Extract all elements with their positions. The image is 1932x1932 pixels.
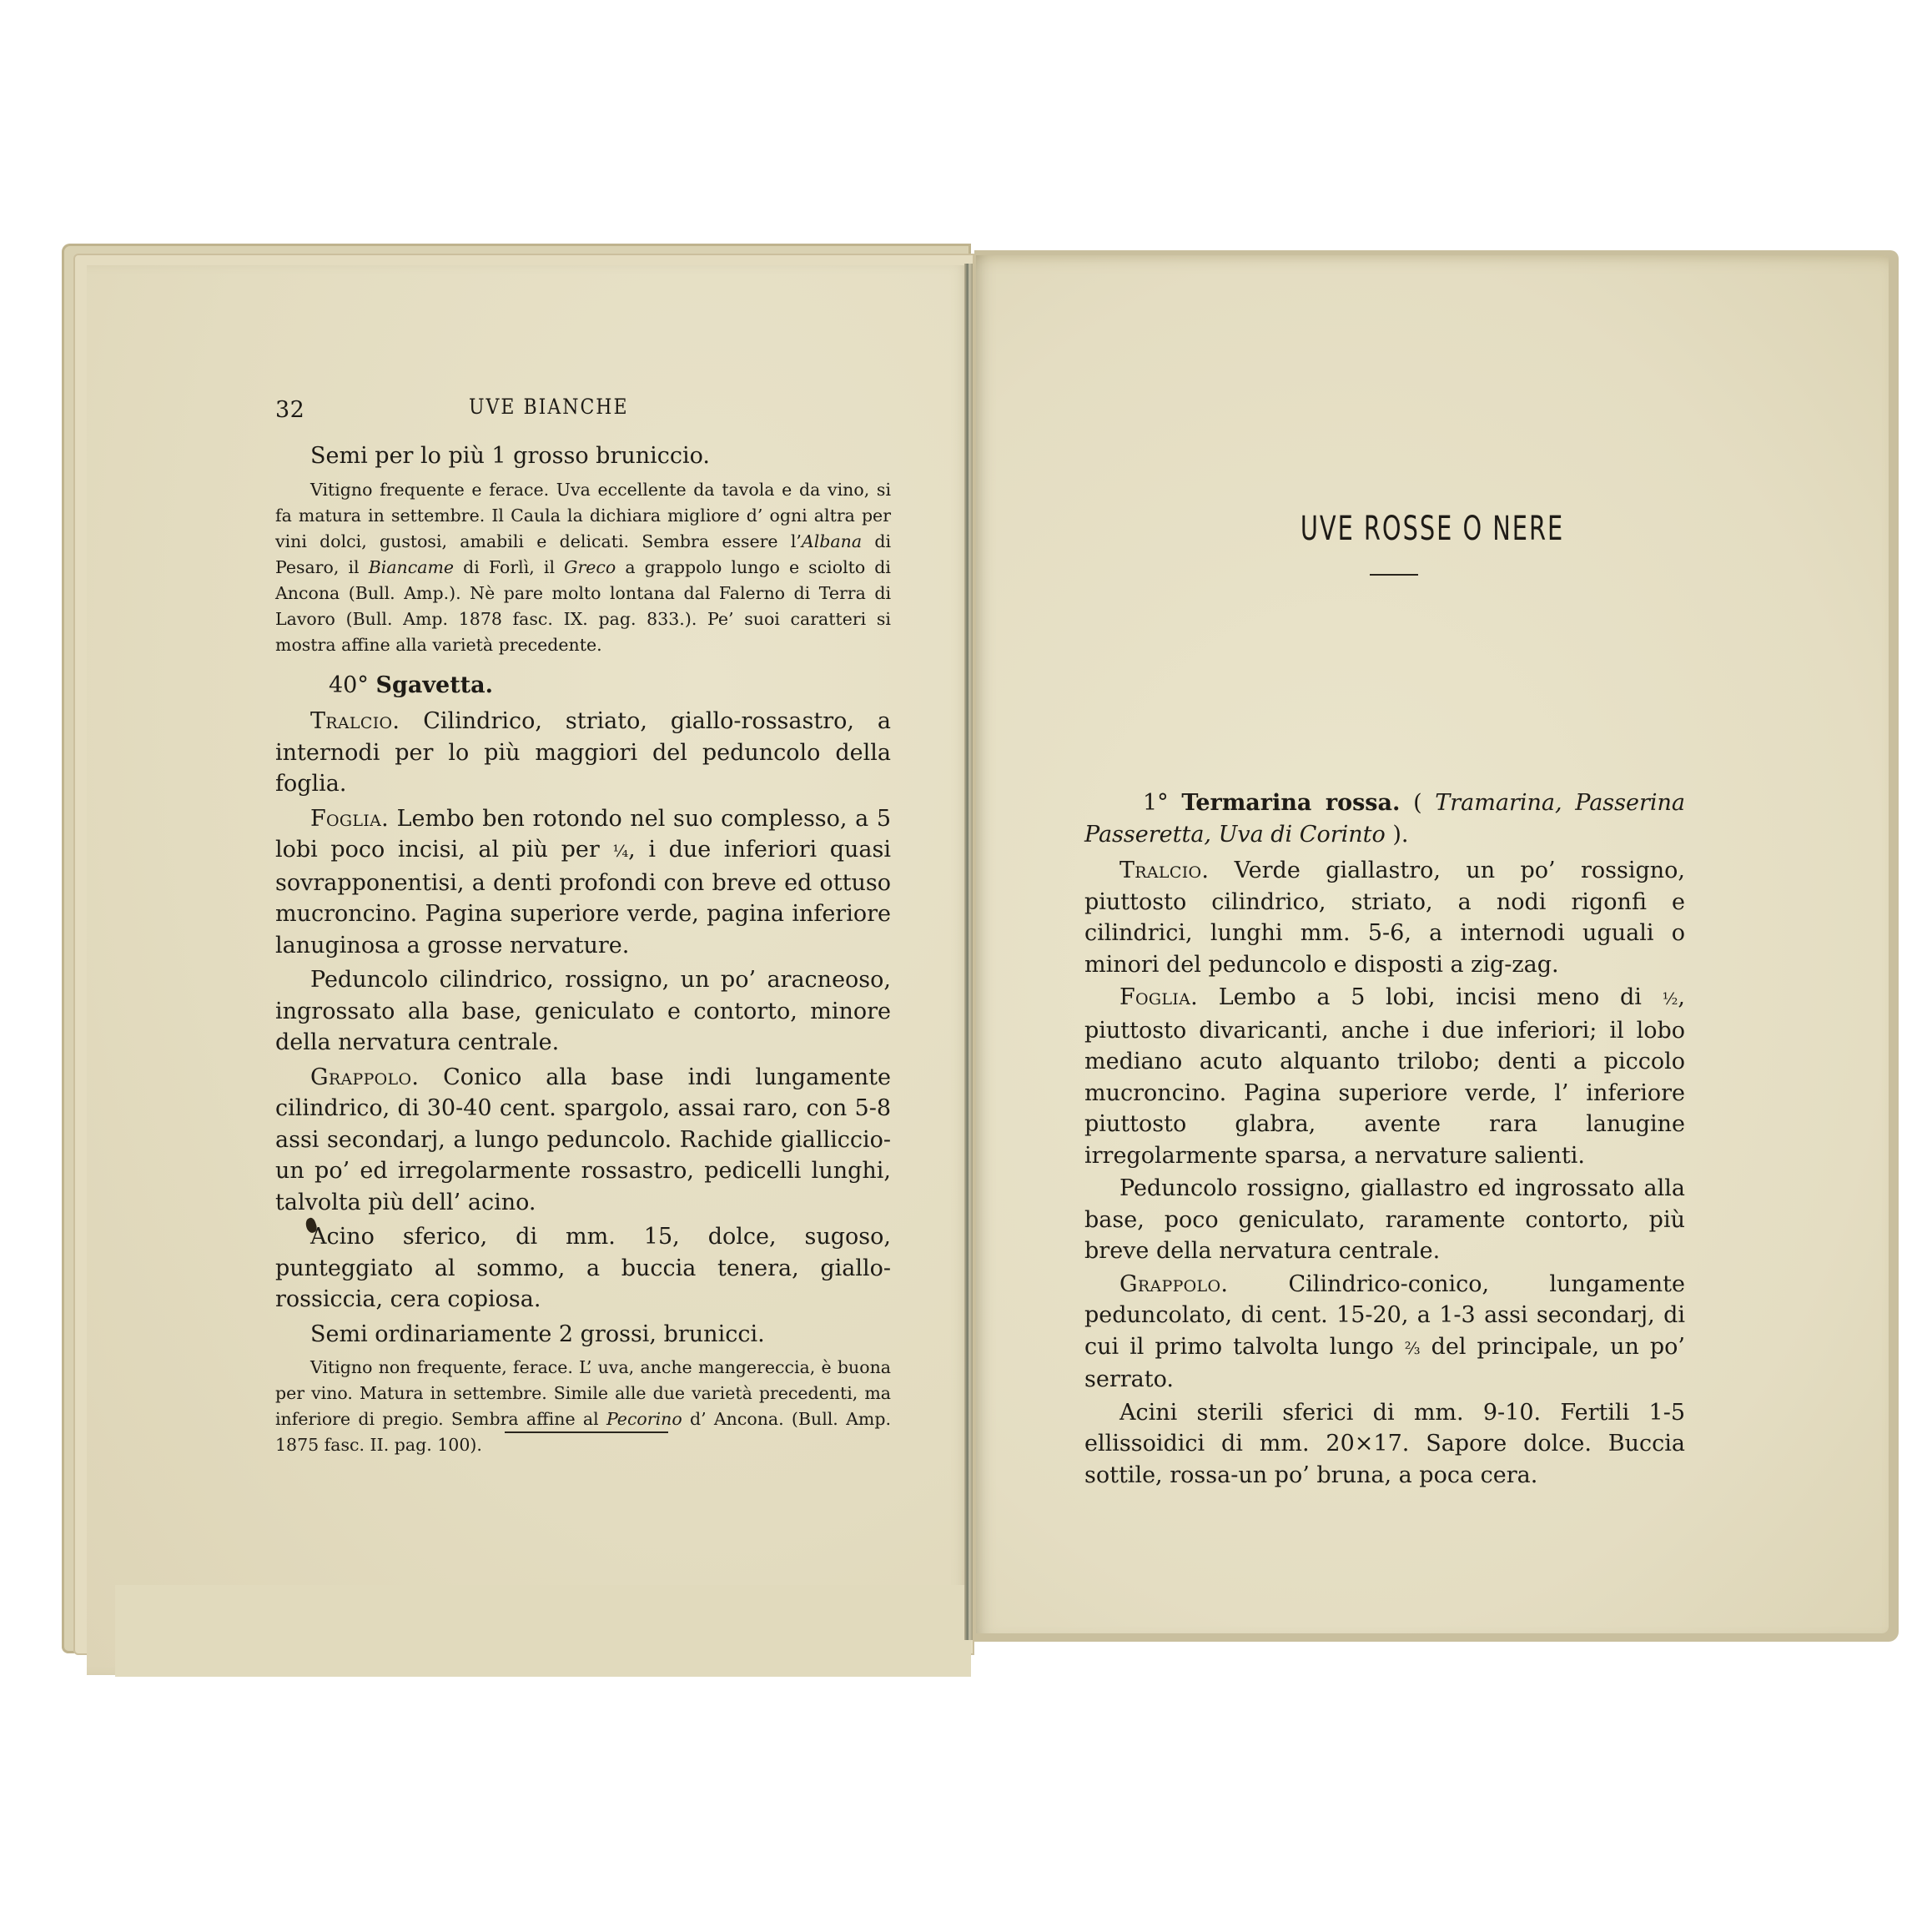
notes-paragraph-sgavetta: Vitigno non frequente, ferace. L’ uva, a…	[275, 1355, 891, 1458]
peduncolo-paragraph: Peduncolo rossigno, giallastro ed ingros…	[1084, 1173, 1685, 1267]
fraction: ½	[1663, 989, 1678, 1009]
note-text: di Forlì, il	[454, 557, 564, 577]
grappolo-label: Grappolo.	[1119, 1271, 1228, 1297]
tralcio-label: Tralcio.	[310, 708, 400, 734]
variety-name: Termarina rossa.	[1181, 790, 1400, 816]
left-page-bottom-edge	[115, 1585, 971, 1677]
semi-paragraph: Semi ordinariamente 2 grossi, brunicci.	[275, 1319, 891, 1351]
tralcio-paragraph: Tralcio. Verde giallastro, un po’ rossig…	[1084, 855, 1685, 980]
fraction: ¼	[612, 842, 628, 861]
variety-number: 1°	[1143, 790, 1169, 816]
left-page-body: Semi per lo più 1 grosso bruniccio. Viti…	[275, 440, 891, 1458]
tralcio-label: Tralcio.	[1119, 858, 1209, 883]
notes-paragraph-albana: Vitigno frequente e ferace. Uva eccellen…	[275, 477, 891, 658]
foglia-paragraph: Foglia. Lembo a 5 lobi, incisi meno di ½…	[1084, 982, 1685, 1171]
book-spine	[964, 264, 973, 1640]
page-number: 32	[275, 397, 304, 423]
fraction: ⅔	[1405, 1339, 1421, 1358]
open-book: 32 UVE BIANCHE Semi per lo più 1 grosso …	[0, 0, 1932, 1932]
variety-number: 40°	[329, 672, 369, 698]
italic-greco: Greco	[564, 557, 616, 577]
acino-paragraph: Acino sferico, di mm. 15, dolce, sugoso,…	[275, 1221, 891, 1316]
running-head: UVE BIANCHE	[469, 395, 629, 420]
variety-heading-sgavetta: 40° Sgavetta.	[275, 670, 891, 702]
grappolo-paragraph: Grappolo. Cilindrico-conico, lungamente …	[1084, 1269, 1685, 1396]
foglia-text: Lembo a 5 lobi, incisi meno di	[1198, 984, 1663, 1010]
foglia-label: Foglia.	[1119, 984, 1198, 1010]
foglia-label: Foglia.	[310, 806, 389, 832]
italic-biancame: Biancame	[369, 557, 454, 577]
right-page-body: 1° Termarina rossa. ( Tramarina, Passeri…	[1084, 787, 1685, 1491]
foglia-paragraph: Foglia. Lembo ben rotondo nel suo comple…	[275, 803, 891, 962]
italic-albana: Albana	[802, 531, 862, 551]
semi-paragraph-top: Semi per lo più 1 grosso bruniccio.	[275, 440, 891, 472]
end-rule-left	[505, 1431, 668, 1433]
grappolo-label: Grappolo.	[310, 1064, 419, 1090]
title-rule	[1370, 574, 1418, 576]
variety-heading-termarina: 1° Termarina rossa. ( Tramarina, Passeri…	[1084, 787, 1685, 850]
variety-name: Sgavetta.	[375, 672, 493, 698]
paren-open: (	[1400, 790, 1435, 816]
left-page-header: 32 UVE BIANCHE	[275, 397, 926, 430]
acini-paragraph: Acini sterili sferici di mm. 9-10. Ferti…	[1084, 1397, 1685, 1492]
grappolo-paragraph: Grappolo. Conico alla base indi lungamen…	[275, 1062, 891, 1219]
peduncolo-paragraph: Peduncolo cilindrico, rossigno, un po’ a…	[275, 964, 891, 1059]
italic-pecorino: Pecorino	[606, 1409, 682, 1429]
paren-close: ).	[1386, 822, 1409, 848]
note-text: Vitigno frequente e ferace. Uva eccellen…	[275, 480, 891, 551]
tralcio-paragraph: Tralcio. Cilindrico, striato, giallo-ros…	[275, 706, 891, 800]
section-title: UVE ROSSE O NERE	[976, 508, 1889, 548]
foglia-text: , piuttosto divaricanti, anche i due inf…	[1084, 984, 1685, 1169]
